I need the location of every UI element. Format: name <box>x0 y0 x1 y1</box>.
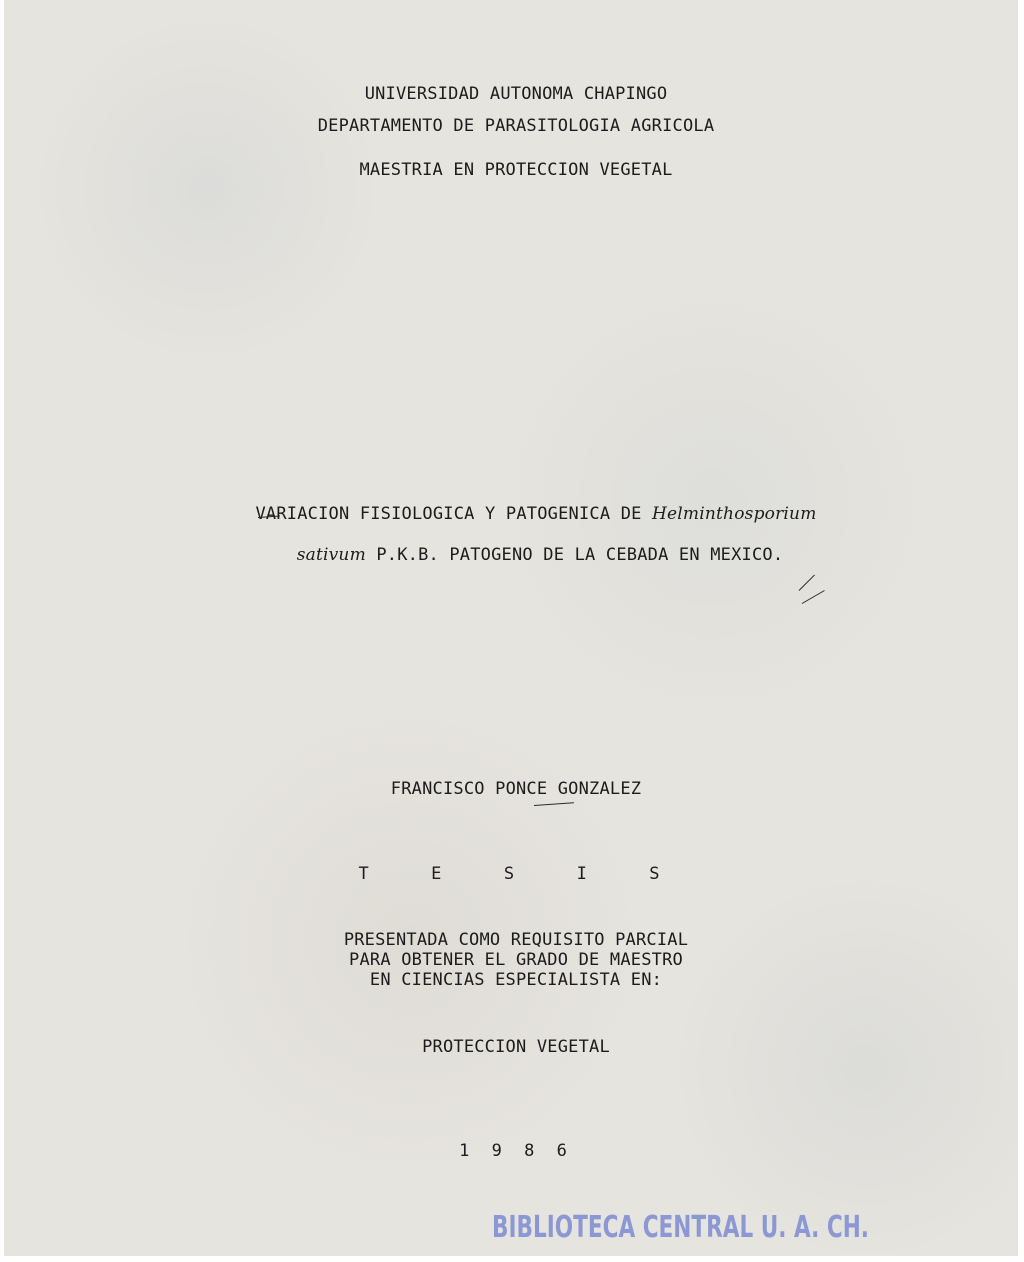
university-name: UNIVERSIDAD AUTONOMA CHAPINGO <box>4 84 1024 104</box>
program-name: MAESTRIA EN PROTECCION VEGETAL <box>4 160 1024 180</box>
title-species: sativum <box>297 545 366 565</box>
thesis-title-line-2: sativum P.K.B. PATOGENO DE LA CEBADA EN … <box>28 545 1024 565</box>
slash-mark-2 <box>802 590 825 604</box>
underline-mark <box>534 802 574 806</box>
specialty: PROTECCION VEGETAL <box>4 1037 1024 1057</box>
requirement-line-2: PARA OBTENER EL GRADO DE MAESTRO <box>4 950 1024 970</box>
document-type: T E S I S <box>4 864 1024 884</box>
author-name: FRANCISCO PONCE GONZALEZ <box>4 779 1024 799</box>
library-stamp: BIBLIOTECA CENTRAL U. A. CH. <box>492 1210 869 1245</box>
slash-mark-1 <box>799 575 815 591</box>
title-genus: Helminthosporium <box>652 504 817 524</box>
requirement-line-1: PRESENTADA COMO REQUISITO PARCIAL <box>4 930 1024 950</box>
title-text-1: VARIACION FISIOLOGICA Y PATOGENICA DE <box>255 504 652 524</box>
thesis-title-line-1: VARIACION FISIOLOGICA Y PATOGENICA DE He… <box>24 504 1024 524</box>
title-text-2: P.K.B. PATOGENO DE LA CEBADA EN MEXICO. <box>366 545 783 565</box>
document-page: UNIVERSIDAD AUTONOMA CHAPINGO DEPARTAMEN… <box>4 0 1018 1256</box>
requirement-line-3: EN CIENCIAS ESPECIALISTA EN: <box>4 970 1024 990</box>
year: 1 9 8 6 <box>4 1141 1024 1161</box>
department-name: DEPARTAMENTO DE PARASITOLOGIA AGRICOLA <box>4 116 1024 136</box>
